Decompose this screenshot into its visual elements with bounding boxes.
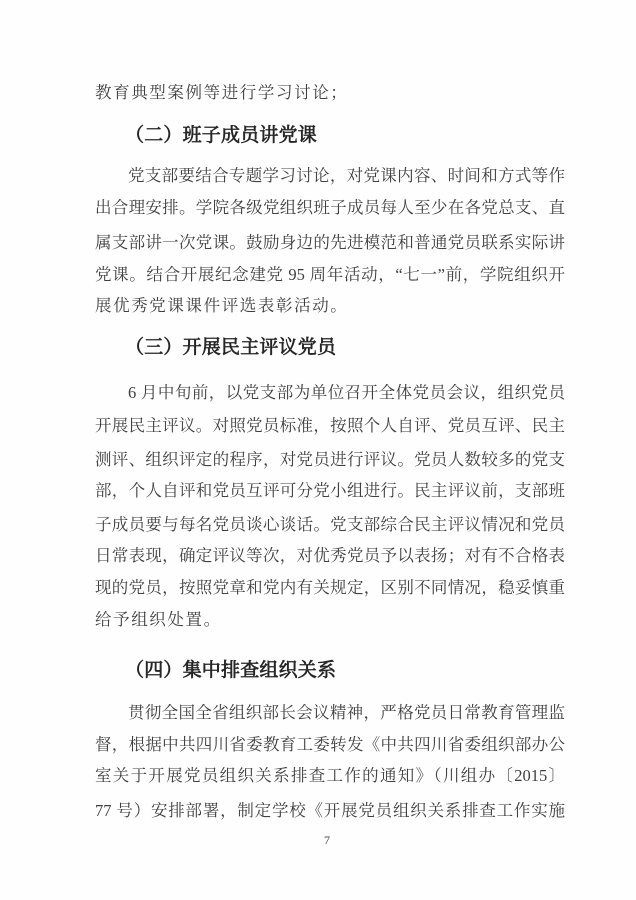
body-line: 室关于开展党员组织关系排查工作的通知》（川组办〔2015〕 (95, 765, 565, 787)
section-heading-4: （四）集中排查组织关系 (95, 659, 565, 683)
body-line: 给予组织处置。 (95, 609, 565, 631)
body-line: 党支部要结合专题学习讨论，对党课内容、时间和方式等作 (95, 165, 565, 187)
body-line: 测评、组织评定的程序，对党员进行评议。党员人数较多的党支 (95, 449, 565, 471)
section-heading-3: （三）开展民主评议党员 (95, 336, 565, 360)
body-line: 展优秀党课课件评选表彰活动。 (95, 295, 565, 317)
body-line: 77 号）安排部署，制定学校《开展党员组织关系排查工作实施 (95, 800, 565, 822)
body-line: 现的党员，按照党章和党内有关规定，区别不同情况，稳妥慎重 (95, 577, 565, 599)
body-line: 部，个人自评和党员互评可分党小组进行。民主评议前，支部班 (95, 480, 565, 502)
body-line: 属支部讲一次党课。鼓励身边的先进模范和普通党员联系实际讲 (95, 232, 565, 254)
body-line: 出合理安排。学院各级党组织班子成员每人至少在各党总支、直 (95, 197, 565, 219)
body-line: 日常表现，确定评议等次，对优秀党员予以表扬；对有不合格表 (95, 545, 565, 567)
page-number: 7 (0, 833, 636, 848)
body-line: 6 月中旬前，以党支部为单位召开全体党员会议，组织党员 (95, 382, 565, 404)
document-page: 教育典型案例等进行学习讨论； （二）班子成员讲党课 党支部要结合专题学习讨论，对… (0, 0, 636, 900)
section-heading-2: （二）班子成员讲党课 (95, 124, 565, 148)
body-line: 教育典型案例等进行学习讨论； (95, 82, 565, 104)
body-line: 督，根据中共四川省委教育工委转发《中共四川省委组织部办公 (95, 734, 565, 756)
body-line: 贯彻全国全省组织部长会议精神，严格党员日常教育管理监 (95, 702, 565, 724)
body-line: 党课。结合开展纪念建党 95 周年活动，“七一”前，学院组织开 (95, 264, 565, 286)
body-line: 子成员要与每名党员谈心谈话。党支部综合民主评议情况和党员 (95, 514, 565, 536)
body-line: 开展民主评议。对照党员标准，按照个人自评、党员互评、民主 (95, 415, 565, 437)
